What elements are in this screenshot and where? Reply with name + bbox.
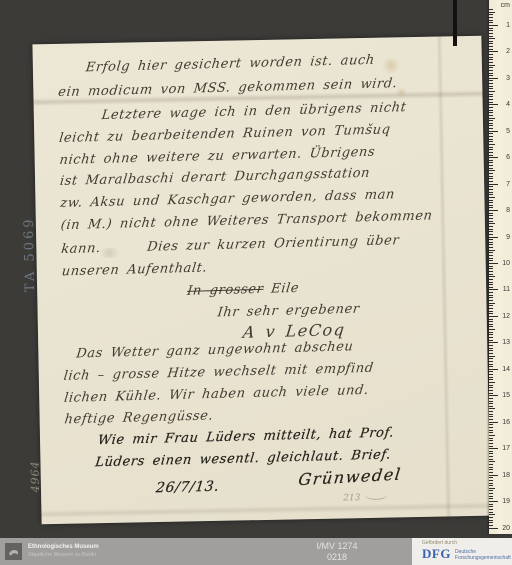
ruler-tick — [489, 202, 493, 203]
paper-crease-bottom — [41, 502, 490, 519]
ruler-tick — [489, 155, 493, 156]
ruler-number: 18 — [498, 472, 510, 480]
ruler-tick — [489, 102, 493, 103]
ruler-tick — [489, 488, 495, 489]
ruler-tick — [489, 17, 493, 18]
letter-line: ist Maralbaschi derart Durchgangsstation — [59, 165, 371, 190]
ruler-tick — [489, 387, 493, 388]
ruler-tick — [489, 250, 495, 251]
ruler-tick — [489, 332, 493, 333]
ruler-tick — [489, 313, 493, 314]
ruler-tick — [489, 326, 493, 327]
dfg-full-name: Deutsche Forschungsgemeinschaft — [455, 547, 511, 561]
ruler-tick — [489, 223, 495, 224]
ruler-tick — [489, 274, 493, 275]
ruler-tick — [489, 25, 498, 26]
ruler-tick — [489, 303, 495, 304]
pencil-number: 213 — [343, 493, 360, 503]
ruler-tick — [489, 41, 493, 42]
ruler-tick — [489, 147, 493, 148]
ruler-number: 1 — [498, 22, 510, 30]
ruler-tick — [489, 200, 493, 201]
ruler-tick — [489, 192, 493, 193]
ruler-tick — [489, 14, 493, 15]
ruler-tick — [489, 22, 493, 23]
ruler-tick — [489, 300, 493, 301]
letter-line: kann. Dies zur kurzen Orientirung über — [60, 232, 400, 258]
ruler-tick — [489, 292, 493, 293]
ruler-number: 10 — [498, 260, 510, 268]
ruler-tick — [489, 242, 493, 243]
archive-side-number: TA 5069 — [22, 216, 38, 292]
ruler-tick — [489, 284, 493, 285]
ruler-tick — [489, 337, 493, 338]
ruler-tick — [489, 123, 493, 124]
ruler-tick — [489, 316, 498, 317]
ruler-tick — [489, 258, 493, 259]
ruler-tick — [489, 67, 493, 68]
ruler-tick — [489, 377, 493, 378]
ruler-tick — [489, 419, 493, 420]
ruler-tick — [489, 247, 493, 248]
postscript-line: Das Wetter ganz ungewohnt abscheu — [75, 338, 354, 362]
ruler-tick — [489, 276, 495, 277]
ruler-tick — [489, 509, 493, 510]
ruler-tick — [489, 369, 498, 370]
ruler-tick — [489, 393, 493, 394]
ruler-tick — [489, 94, 493, 95]
ruler-tick — [489, 231, 493, 232]
ruler-unit-label: cm — [501, 2, 510, 9]
ruler-tick — [489, 104, 498, 105]
ruler-tick — [489, 408, 495, 409]
ruler-tick — [489, 279, 493, 280]
ruler-tick — [489, 311, 493, 312]
ruler-tick — [489, 432, 493, 433]
ruler-number: 15 — [498, 392, 510, 400]
ruler-tick — [489, 75, 493, 76]
ruler-tick — [489, 168, 493, 169]
letter-line: zw. Aksu und Kaschgar geworden, dass man — [59, 186, 396, 212]
ruler-tick — [489, 356, 495, 357]
ruler-tick — [489, 374, 493, 375]
ruler-number: 12 — [498, 313, 510, 321]
ruler-tick — [489, 459, 493, 460]
lecoq-signature: A v LeCoq — [242, 321, 346, 341]
letter-line: Erfolg hier gesichert worden ist. auch — [85, 52, 376, 77]
ruler-tick — [489, 448, 498, 449]
ruler-tick — [489, 361, 493, 362]
ruler-tick — [489, 57, 493, 58]
ruler-tick — [489, 131, 498, 132]
letter-line: leicht zu bearbeitenden Ruinen von Tumšu… — [58, 121, 391, 147]
ruler-tick — [489, 520, 493, 521]
ruler-number: 13 — [498, 339, 510, 347]
ruler-tick — [489, 422, 498, 423]
ruler-tick — [489, 28, 493, 29]
ruler-tick — [489, 215, 493, 216]
ruler-number: 2 — [498, 48, 510, 56]
ruler-number: 5 — [498, 128, 510, 136]
ruler-number: 14 — [498, 366, 510, 374]
ruler-tick — [489, 282, 493, 283]
ruler-tick — [489, 440, 493, 441]
ruler-tick — [489, 80, 493, 81]
postscript-line: lichen Kühle. Wir haben auch viele und. — [63, 382, 370, 407]
ruler-tick — [489, 461, 495, 462]
ruler-tick — [489, 266, 493, 267]
ruler-tick — [489, 427, 493, 428]
ruler-tick — [489, 480, 493, 481]
ruler-tick — [489, 525, 493, 526]
ruler-tick — [489, 30, 493, 31]
ruler-tick — [489, 469, 493, 470]
museum-names: Ethnologisches Museum Staatliche Museen … — [28, 544, 99, 559]
ruler-tick — [489, 483, 493, 484]
ruler-tick — [489, 181, 493, 182]
ruler-tick — [489, 395, 498, 396]
archive-corner-number: 4964 — [28, 460, 42, 492]
ruler-tick — [489, 83, 493, 84]
note-line: Wie mir Frau Lüders mitteilt, hat Prof. — [97, 424, 395, 449]
ruler-tick — [489, 107, 493, 108]
ruler-number: 11 — [498, 286, 510, 294]
ruler-tick — [489, 401, 493, 402]
ruler-tick — [489, 390, 493, 391]
closing-struck-text: In grosser — [186, 282, 264, 299]
ruler-tick — [489, 125, 493, 126]
ruler-tick — [489, 234, 493, 235]
ruler-tick — [489, 120, 493, 121]
ruler-tick — [489, 141, 493, 142]
ruler-tick — [489, 244, 493, 245]
ruler-tick — [489, 115, 493, 116]
ruler-tick — [489, 38, 495, 39]
ruler-tick — [489, 46, 493, 47]
ruler-tick — [489, 173, 493, 174]
ruler-tick — [489, 73, 493, 74]
closing-rest-text: Eile — [263, 281, 300, 297]
ruler-tick — [489, 403, 493, 404]
ruler-tick — [489, 443, 493, 444]
letter-closing: Ihr sehr ergebener — [217, 301, 361, 322]
ruler-tick — [489, 528, 498, 529]
ruler-tick — [489, 205, 493, 206]
ruler-tick — [489, 70, 493, 71]
ruler-tick — [489, 453, 493, 454]
paper-crease-right — [436, 36, 451, 516]
ruler-number: 20 — [498, 525, 510, 533]
ruler-tick — [489, 295, 493, 296]
ruler-tick — [489, 186, 493, 187]
ruler-tick — [489, 218, 493, 219]
ruler-tick — [489, 504, 493, 505]
ruler-tick — [489, 438, 493, 439]
ruler-tick — [489, 467, 493, 468]
ruler-tick — [489, 252, 493, 253]
ruler-tick — [489, 9, 493, 10]
ruler-tick — [489, 43, 493, 44]
dfg-logo: DFG Deutsche Forschungsgemeinschaft — [422, 547, 512, 561]
ruler-tick — [489, 271, 493, 272]
ruler-tick — [489, 213, 493, 214]
ruler-tick — [489, 406, 493, 407]
ruler-tick — [489, 477, 493, 478]
ruler-tick — [489, 51, 498, 52]
ruler-tick — [489, 49, 493, 50]
ruler-number: 6 — [498, 154, 510, 162]
funding-badge: Gefördert durch DFG Deutsche Forschungsg… — [412, 538, 512, 565]
wave-glyph — [7, 545, 20, 558]
ruler-tick — [489, 86, 493, 87]
ruler-tick — [489, 424, 493, 425]
ruler-tick — [489, 62, 493, 63]
ruler-tick — [489, 221, 493, 222]
pencil-curl-mark — [365, 490, 387, 500]
ruler-tick — [489, 319, 493, 320]
ruler-tick — [489, 345, 493, 346]
ruler-tick — [489, 411, 493, 412]
ruler-tick — [489, 416, 493, 417]
ruler-tick — [489, 59, 493, 60]
ruler-tick — [489, 348, 493, 349]
postscript-line: lich – grosse Hitze wechselt mit empfind — [63, 360, 375, 385]
ruler-tick — [489, 353, 493, 354]
ruler-tick — [489, 472, 493, 473]
ruler-tick — [489, 321, 493, 322]
ruler-tick — [489, 414, 493, 415]
ruler-tick — [489, 493, 493, 494]
ruler-tick — [489, 255, 493, 256]
ruler-tick — [489, 152, 493, 153]
paper-stain — [381, 57, 401, 73]
registration-mark — [453, 0, 457, 46]
letter-line: (in M.) nicht ohne Weiteres Transport be… — [60, 207, 434, 234]
museum-name: Ethnologisches Museum — [28, 544, 99, 551]
ruler-tick — [489, 464, 493, 465]
ruler-number: 4 — [498, 101, 510, 109]
ruler-tick — [489, 514, 495, 515]
ruler-tick — [489, 128, 493, 129]
ruler-tick — [489, 136, 493, 137]
ruler-tick — [489, 133, 493, 134]
ruler-number: 16 — [498, 419, 510, 427]
inventory-label: I/MV 1274 0218 — [316, 541, 357, 563]
ruler-tick — [489, 110, 493, 111]
ruler-number: 17 — [498, 445, 510, 453]
ruler-tick — [489, 496, 493, 497]
ruler-number: 8 — [498, 207, 510, 215]
cm-ruler: cm 1234567891011121314151617181920 — [489, 0, 512, 534]
ruler-tick — [489, 382, 495, 383]
ruler-number: 9 — [498, 234, 510, 242]
ruler-tick — [489, 54, 493, 55]
ruler-tick — [489, 379, 493, 380]
ruler-tick — [489, 65, 495, 66]
ruler-tick — [489, 430, 493, 431]
ruler-tick — [489, 268, 493, 269]
ruler-tick — [489, 165, 493, 166]
ruler-tick — [489, 517, 493, 518]
ruler-tick — [489, 178, 493, 179]
ruler-tick — [489, 308, 493, 309]
ruler-tick — [489, 226, 493, 227]
ruler-tick — [489, 112, 493, 113]
ruler-number: 19 — [498, 498, 510, 506]
ruler-tick — [489, 324, 493, 325]
ruler-tick — [489, 78, 498, 79]
ruler-tick — [489, 297, 493, 298]
inventory-number: I/MV 1274 — [316, 541, 357, 552]
ruler-tick — [489, 451, 493, 452]
ruler-tick — [489, 498, 493, 499]
ruler-tick — [489, 456, 493, 457]
ruler-tick — [489, 334, 493, 335]
dfg-name-line2: Forschungsgemeinschaft — [455, 555, 511, 561]
ruler-tick — [489, 446, 493, 447]
ruler-tick — [489, 371, 493, 372]
ruler-tick — [489, 96, 493, 97]
ruler-tick — [489, 160, 493, 161]
ruler-tick — [489, 435, 495, 436]
ruler-number: 7 — [498, 181, 510, 189]
ruler-tick — [489, 385, 493, 386]
ruler-tick — [489, 289, 498, 290]
ruler-tick — [489, 118, 495, 119]
ruler-tick — [489, 149, 493, 150]
ruler-tick — [489, 475, 498, 476]
ruler-tick — [489, 490, 493, 491]
ruler-tick — [489, 36, 493, 37]
ruler-tick — [489, 260, 493, 261]
ruler-tick — [489, 139, 493, 140]
ruler-tick — [489, 210, 498, 211]
museum-subtitle: Staatliche Museen zu Berlin — [28, 552, 99, 559]
letter-page: Erfolg hier gesichert worden ist. auch e… — [32, 36, 490, 525]
ruler-tick — [489, 88, 493, 89]
ruler-tick — [489, 506, 493, 507]
ruler-tick — [489, 263, 498, 264]
ruler-tick — [489, 237, 498, 238]
ruler-tick — [489, 144, 495, 145]
ruler-tick — [489, 91, 495, 92]
sheet-number: 0218 — [316, 552, 357, 563]
ruler-tick — [489, 157, 498, 158]
ruler-tick — [489, 176, 493, 177]
ruler-tick — [489, 162, 493, 163]
ruler-tick — [489, 366, 493, 367]
ruler-tick — [489, 287, 493, 288]
ruler-tick — [489, 398, 493, 399]
ruler-tick — [489, 20, 493, 21]
letter-closing: In grosser Eile — [186, 280, 300, 300]
ruler-tick — [489, 207, 493, 208]
gruenwedel-signature: Grünwedel — [298, 466, 403, 489]
ruler-tick — [489, 239, 493, 240]
ruler-tick — [489, 184, 498, 185]
ruler-tick — [489, 512, 493, 513]
ruler-tick — [489, 340, 493, 341]
scan-viewport: Erfolg hier gesichert worden ist. auch e… — [0, 0, 512, 565]
ruler-tick — [489, 12, 495, 13]
ruler-tick — [489, 485, 493, 486]
ruler-tick — [489, 189, 493, 190]
ruler-tick — [489, 522, 493, 523]
ruler-tick — [489, 33, 493, 34]
ruler-tick — [489, 350, 493, 351]
museum-logo-icon — [5, 543, 22, 560]
dfg-wordmark: DFG — [422, 547, 451, 560]
ruler-tick — [489, 305, 493, 306]
letter-line: unseren Aufenthalt. — [61, 260, 208, 281]
postscript-line: heftige Regengüsse. — [64, 407, 215, 428]
museum-branding: Ethnologisches Museum Staatliche Museen … — [5, 543, 99, 560]
ruler-tick — [489, 170, 495, 171]
note-date: 26/7/13. — [155, 479, 220, 498]
ruler-tick — [489, 229, 493, 230]
ruler-tick — [489, 197, 495, 198]
archive-info-bar: Ethnologisches Museum Staatliche Museen … — [0, 538, 512, 565]
ruler-tick — [489, 342, 498, 343]
ruler-tick — [489, 194, 493, 195]
ruler-tick — [489, 99, 493, 100]
ruler-tick — [489, 358, 493, 359]
ruler-number: 3 — [498, 75, 510, 83]
ruler-tick — [489, 364, 493, 365]
ruler-tick — [489, 501, 498, 502]
ruler-tick — [489, 329, 495, 330]
